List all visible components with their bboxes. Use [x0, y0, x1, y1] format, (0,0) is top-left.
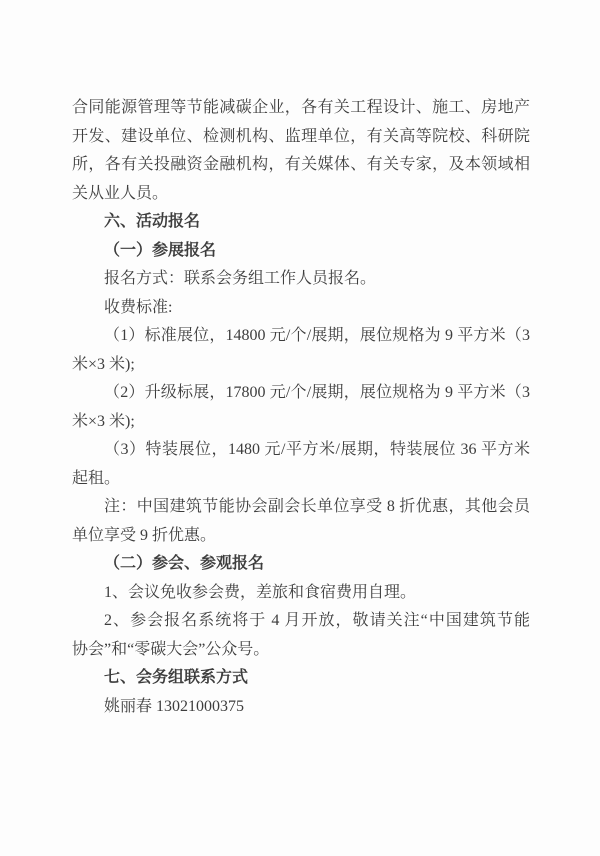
paragraph-line: 1、会议免收参会费，差旅和食宿费用自理。 — [72, 579, 530, 608]
paragraph-line: 开发、建设单位、检测机构、监理单位，有关高等院校、科研院 — [72, 123, 530, 152]
paragraph-line: 所，各有关投融资金融机构，有关媒体、有关专家，及本领域相 — [72, 151, 530, 180]
price-item-line: （1）标准展位，14800 元/个/展期，展位规格为 9 平方米（3 — [72, 322, 530, 351]
note-line: 单位享受 9 折优惠。 — [72, 522, 530, 551]
note-line: 注：中国建筑节能协会副会长单位享受 8 折优惠，其他会员 — [72, 493, 530, 522]
subsection-heading: （一）参展报名 — [72, 237, 530, 266]
subsection-heading: （二）参会、参观报名 — [72, 550, 530, 579]
document-text-block: 合同能源管理等节能减碳企业，各有关工程设计、施工、房地产 开发、建设单位、检测机… — [72, 94, 530, 721]
price-item-line: 起租。 — [72, 465, 530, 494]
paragraph-line: 合同能源管理等节能减碳企业，各有关工程设计、施工、房地产 — [72, 94, 530, 123]
paragraph-line: 2、参会报名系统将于 4 月开放，敬请关注“中国建筑节能 — [72, 607, 530, 636]
section-heading: 七、会务组联系方式 — [72, 664, 530, 693]
price-item-line: （2）升级标展，17800 元/个/展期，展位规格为 9 平方米（3 — [72, 379, 530, 408]
paragraph-line: 协会”和“零碳大会”公众号。 — [72, 636, 530, 665]
paragraph-line: 收费标准: — [72, 294, 530, 323]
document-page: 合同能源管理等节能减碳企业，各有关工程设计、施工、房地产 开发、建设单位、检测机… — [0, 0, 600, 856]
price-item-line: 米×3 米); — [72, 351, 530, 380]
price-item-line: 米×3 米); — [72, 408, 530, 437]
paragraph-line: 关从业人员。 — [72, 180, 530, 209]
contact-line: 姚丽春 13021000375 — [72, 693, 530, 722]
paragraph-line: 报名方式：联系会务组工作人员报名。 — [72, 265, 530, 294]
section-heading: 六、活动报名 — [72, 208, 530, 237]
price-item-line: （3）特装展位，1480 元/平方米/展期，特装展位 36 平方米 — [72, 436, 530, 465]
